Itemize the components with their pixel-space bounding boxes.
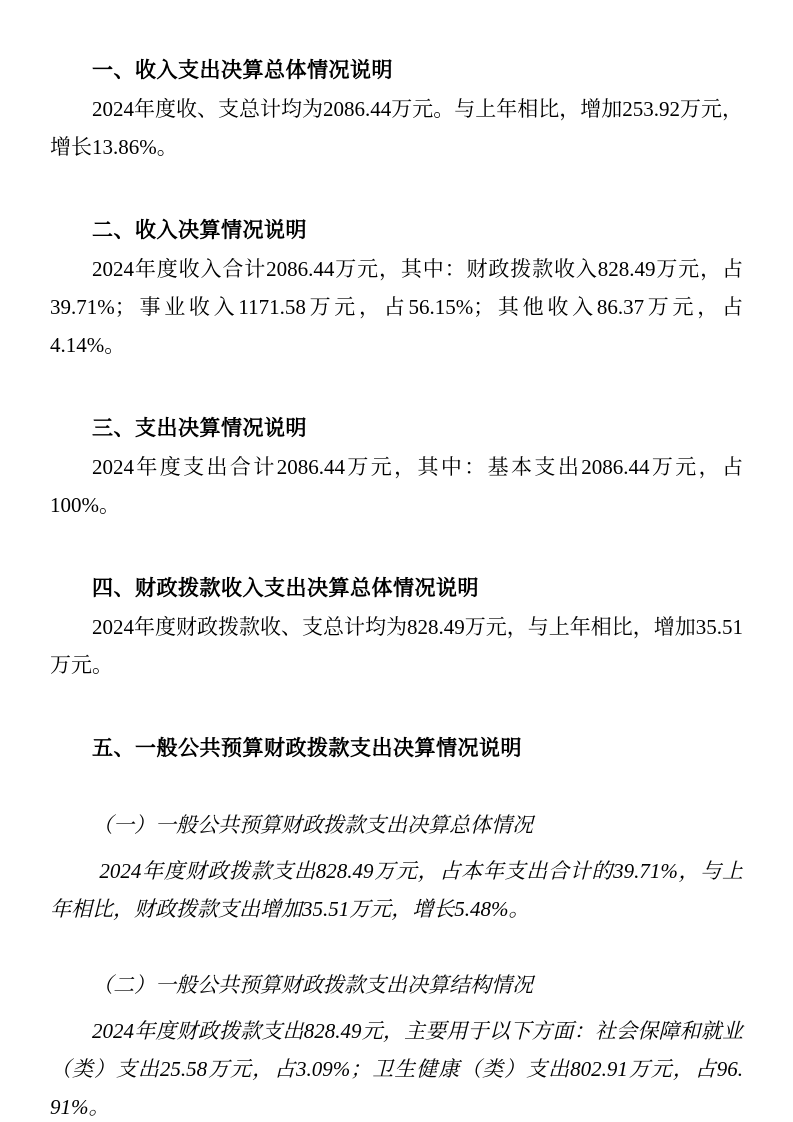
section-5-heading: 五、一般公共预算财政拨款支出决算情况说明 [50,730,743,768]
subsection-5-1-heading: （一）一般公共预算财政拨款支出决算总体情况 [50,806,743,844]
subsection-5-1-paragraph: 2024年度财政拨款支出828.49万元，占本年支出合计的39.71%，与上年相… [50,852,743,928]
section-income-expense-overview: 一、收入支出决算总体情况说明 2024年度收、支总计均为2086.44万元。与上… [50,52,743,166]
section-expense-statement: 三、支出决算情况说明 2024年度支出合计2086.44万元，其中：基本支出20… [50,410,743,524]
section-1-paragraph: 2024年度收、支总计均为2086.44万元。与上年相比，增加253.92万元，… [50,90,743,166]
subsection-5-2-paragraph: 2024年度财政拨款支出828.49元，主要用于以下方面：社会保障和就业（类）支… [50,1012,743,1122]
subsection-5-2-heading: （二）一般公共预算财政拨款支出决算结构情况 [50,966,743,1004]
section-3-paragraph: 2024年度支出合计2086.44万元，其中：基本支出2086.44万元，占10… [50,448,743,524]
section-1-heading: 一、收入支出决算总体情况说明 [50,52,743,90]
section-4-paragraph: 2024年度财政拨款收、支总计均为828.49万元，与上年相比，增加35.51万… [50,608,743,684]
section-2-heading: 二、收入决算情况说明 [50,212,743,250]
section-2-paragraph: 2024年度收入合计2086.44万元，其中：财政拨款收入828.49万元，占3… [50,250,743,364]
document-page: 一、收入支出决算总体情况说明 2024年度收、支总计均为2086.44万元。与上… [0,0,793,1122]
section-3-heading: 三、支出决算情况说明 [50,410,743,448]
section-income-statement: 二、收入决算情况说明 2024年度收入合计2086.44万元，其中：财政拨款收入… [50,212,743,364]
subsection-overall-situation: （一）一般公共预算财政拨款支出决算总体情况 2024年度财政拨款支出828.49… [50,806,743,928]
section-fiscal-appropriation-overview: 四、财政拨款收入支出决算总体情况说明 2024年度财政拨款收、支总计均为828.… [50,570,743,684]
section-4-heading: 四、财政拨款收入支出决算总体情况说明 [50,570,743,608]
section-general-budget-expense: 五、一般公共预算财政拨款支出决算情况说明 （一）一般公共预算财政拨款支出决算总体… [50,730,743,1122]
subsection-structure-situation: （二）一般公共预算财政拨款支出决算结构情况 2024年度财政拨款支出828.49… [50,966,743,1122]
